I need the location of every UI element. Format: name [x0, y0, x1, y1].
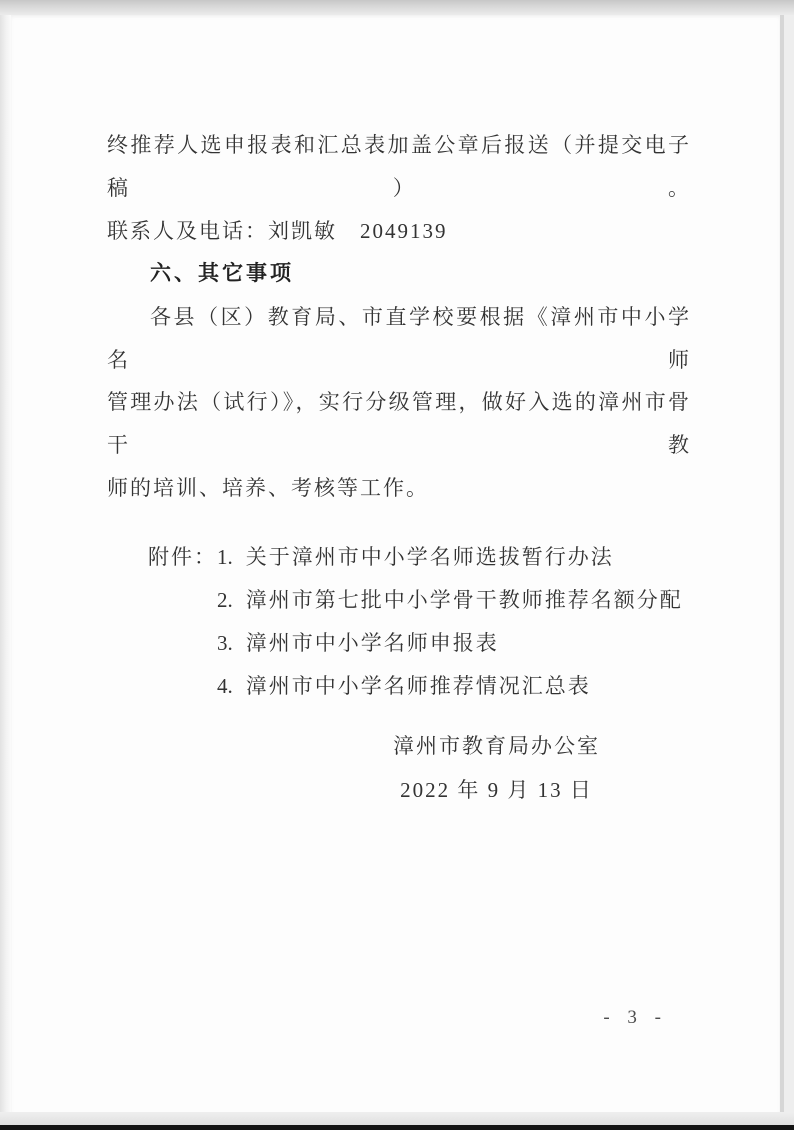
attachment-title: 漳州市第七批中小学骨干教师推荐名额分配: [246, 579, 683, 622]
contact-line: 联系人及电话：刘凯敏 2049139: [107, 210, 691, 253]
page-text-layer: 终推荐人选申报表和汇总表加盖公章后报送（并提交电子稿）。 联系人及电话：刘凯敏 …: [0, 0, 794, 1130]
paragraph-line: 各县（区）教育局、市直学校要根据《漳州市中小学名师: [107, 296, 691, 382]
attachments-label: 附件：: [148, 536, 217, 579]
section-heading: 六、其它事项: [107, 253, 691, 296]
attachment-number: 4.: [217, 665, 233, 708]
attachments-list: 1. 关于漳州市中小学名师选拔暂行办法 2. 漳州市第七批中小学骨干教师推荐名额…: [217, 536, 691, 708]
scanned-document: 终推荐人选申报表和汇总表加盖公章后报送（并提交电子稿）。 联系人及电话：刘凯敏 …: [0, 0, 794, 1130]
signature-date: 2022 年 9 月 13 日: [393, 769, 600, 813]
attachments-block: 附件： 1. 关于漳州市中小学名师选拔暂行办法 2. 漳州市第七批中小学骨干教师…: [107, 536, 691, 708]
attachment-title: 漳州市中小学名师推荐情况汇总表: [246, 665, 591, 708]
signature-block: 漳州市教育局办公室 2022 年 9 月 13 日: [393, 725, 600, 812]
carryover-line: 终推荐人选申报表和汇总表加盖公章后报送（并提交电子稿）。: [107, 124, 691, 210]
attachment-item: 3. 漳州市中小学名师申报表: [217, 622, 691, 665]
page-number: - 3 -: [603, 1006, 664, 1030]
attachment-item: 4. 漳州市中小学名师推荐情况汇总表: [217, 665, 691, 708]
body-text: 终推荐人选申报表和汇总表加盖公章后报送（并提交电子稿）。 联系人及电话：刘凯敏 …: [107, 124, 691, 708]
attachment-item: 2. 漳州市第七批中小学骨干教师推荐名额分配: [217, 579, 691, 622]
attachment-item: 1. 关于漳州市中小学名师选拔暂行办法: [217, 536, 691, 579]
attachment-number: 3.: [217, 622, 233, 665]
attachment-title: 漳州市中小学名师申报表: [246, 622, 499, 665]
paragraph-line: 管理办法（试行）》，实行分级管理，做好入选的漳州市骨干教: [107, 381, 691, 467]
attachment-title: 关于漳州市中小学名师选拔暂行办法: [246, 536, 614, 579]
signature-organization: 漳州市教育局办公室: [393, 725, 600, 769]
attachment-number: 2.: [217, 579, 233, 622]
attachment-number: 1.: [217, 536, 233, 579]
paragraph-line: 师的培训、培养、考核等工作。: [107, 467, 691, 510]
